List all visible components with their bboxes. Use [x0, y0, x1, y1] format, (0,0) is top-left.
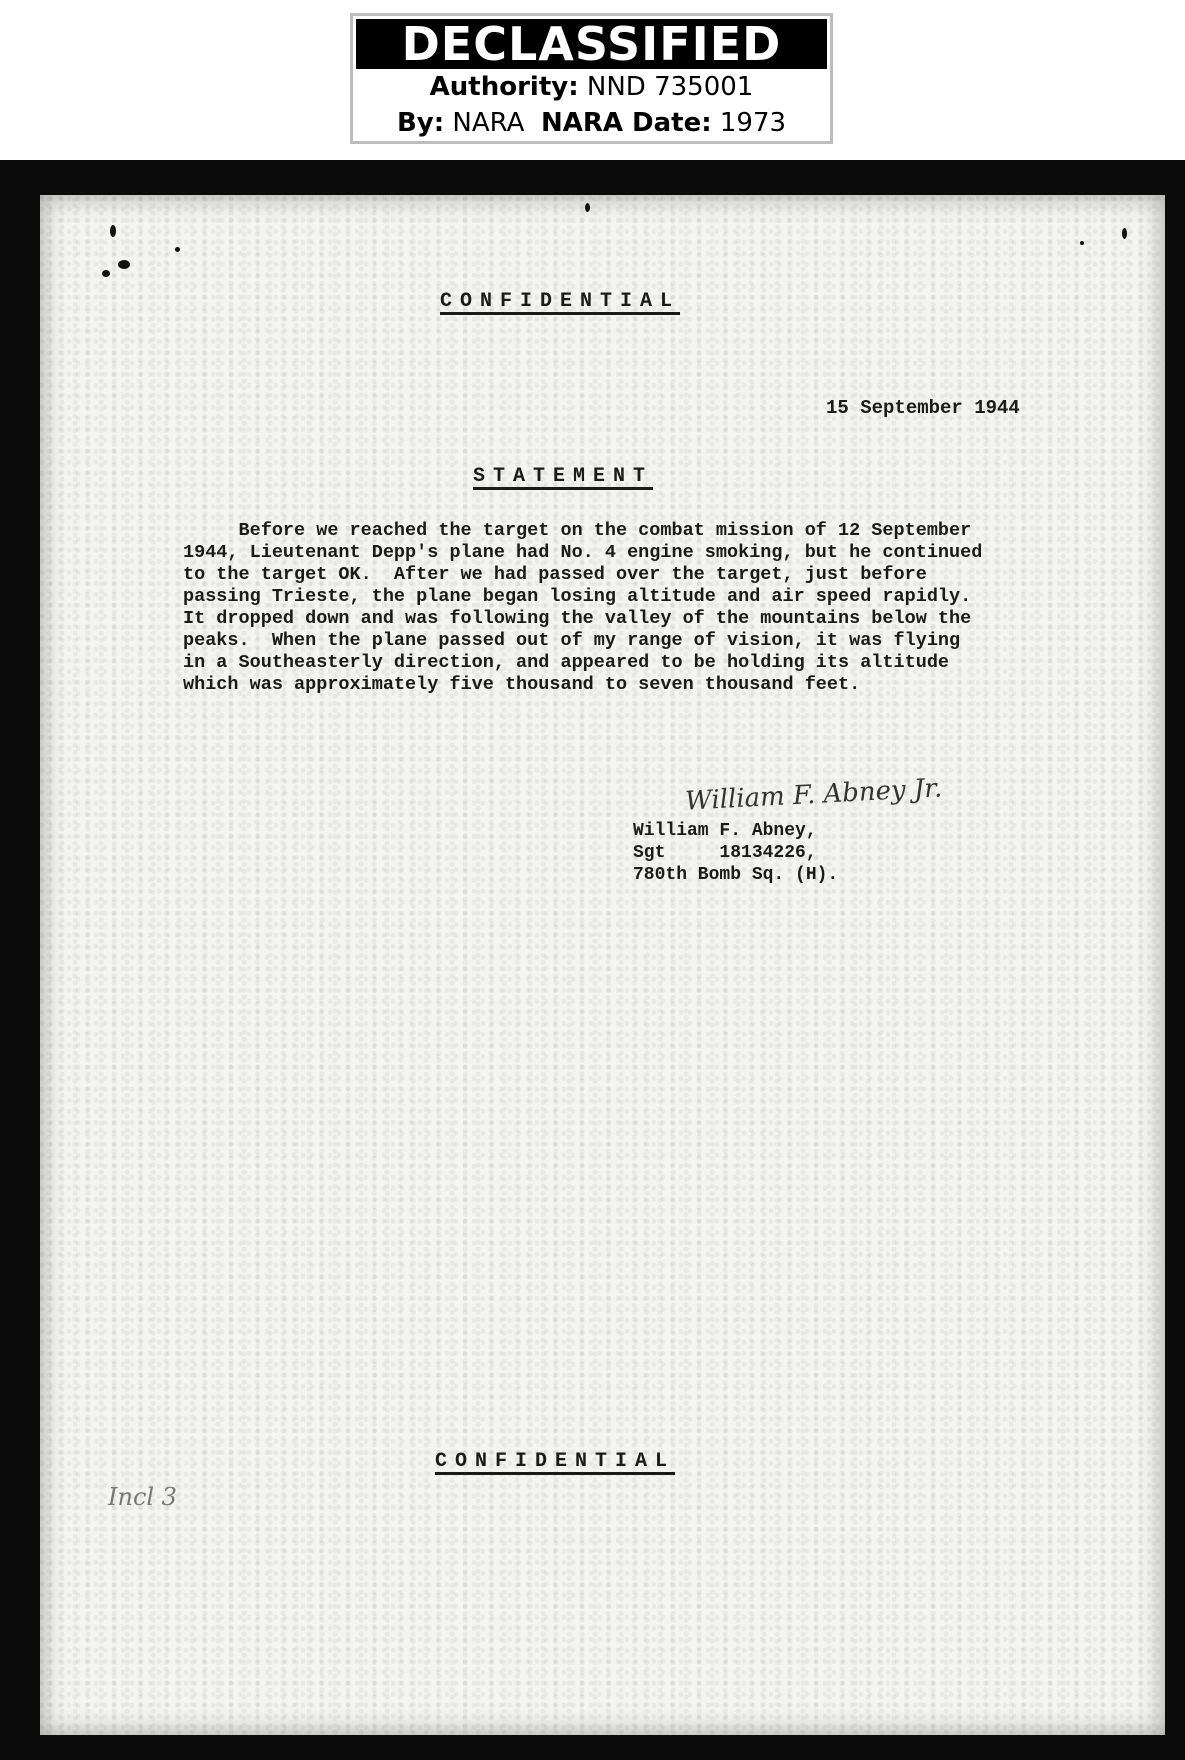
date-label: NARA Date: — [541, 108, 712, 138]
authority-value: NND 735001 — [587, 72, 753, 102]
by-label: By: — [397, 108, 444, 138]
signature-block: William F. Abney, Sgt 18134226, 780th Bo… — [633, 820, 838, 886]
declassification-stamp: DECLASSIFIED Authority: NND 735001 By: N… — [350, 13, 833, 144]
ink-speck — [1080, 241, 1084, 245]
statement-body: Before we reached the target on the comb… — [183, 520, 1103, 696]
ink-speck — [118, 260, 130, 269]
stamp-authority: Authority: NND 735001 — [353, 69, 830, 105]
ink-speck — [102, 270, 110, 277]
ink-speck — [585, 203, 590, 212]
classification-footer: CONFIDENTIAL — [435, 1450, 675, 1473]
document-date: 15 September 1944 — [826, 397, 1020, 419]
stamp-title: DECLASSIFIED — [356, 19, 827, 69]
handwritten-enclosure-note: Incl 3 — [108, 1483, 177, 1511]
scanned-page: CONFIDENTIAL 15 September 1944 STATEMENT… — [0, 160, 1185, 1760]
classification-header: CONFIDENTIAL — [440, 290, 680, 313]
stamp-by-date: By: NARA NARA Date: 1973 — [353, 105, 830, 141]
ink-speck — [175, 247, 180, 252]
by-value: NARA — [452, 108, 524, 138]
ink-speck — [1122, 228, 1127, 239]
handwritten-signature: William F. Abney Jr. — [684, 773, 942, 816]
ink-speck — [110, 225, 116, 237]
authority-label: Authority: — [430, 72, 579, 102]
paper-sheet: CONFIDENTIAL 15 September 1944 STATEMENT… — [40, 195, 1165, 1735]
document-title: STATEMENT — [473, 465, 653, 488]
date-value: 1973 — [720, 108, 786, 138]
